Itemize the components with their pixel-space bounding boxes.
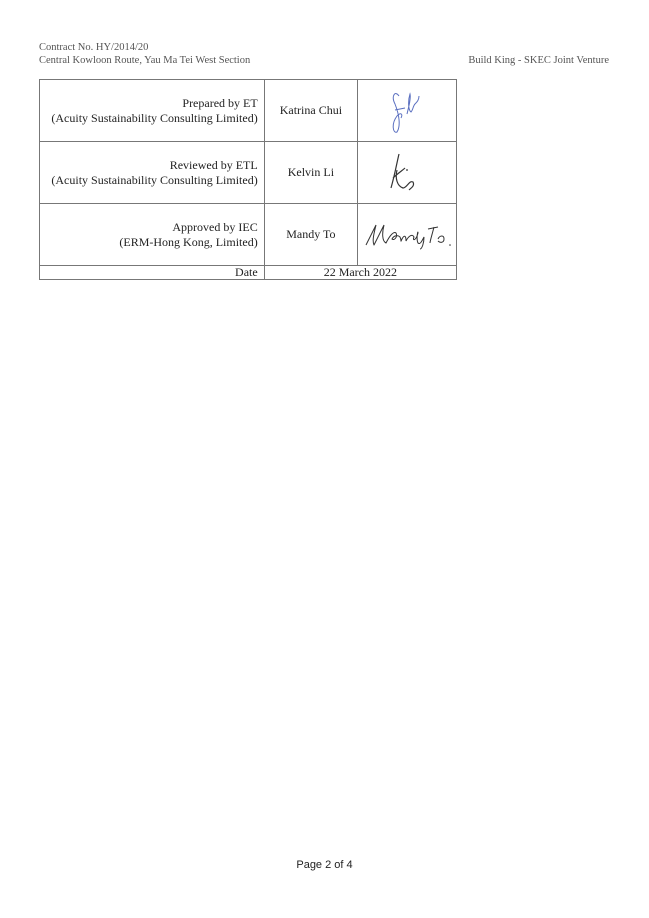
project-name: Central Kowloon Route, Yau Ma Tei West S… [39, 54, 250, 67]
role-organization: (ERM-Hong Kong, Limited) [40, 235, 258, 250]
table-row: Reviewed by ETL (Acuity Sustainability C… [40, 142, 457, 204]
signature-cell [358, 142, 457, 204]
date-value: 22 March 2022 [264, 266, 456, 280]
signature-icon [377, 86, 437, 136]
name-cell: Kelvin Li [264, 142, 357, 204]
signature-cell [358, 80, 457, 142]
signature-icon [360, 215, 454, 255]
date-label: Date [40, 266, 265, 280]
date-row: Date 22 March 2022 [40, 266, 457, 280]
name-cell: Katrina Chui [264, 80, 357, 142]
role-cell: Reviewed by ETL (Acuity Sustainability C… [40, 142, 265, 204]
header-left: Contract No. HY/2014/20 Central Kowloon … [39, 41, 250, 67]
role-cell: Prepared by ET (Acuity Sustainability Co… [40, 80, 265, 142]
table-row: Prepared by ET (Acuity Sustainability Co… [40, 80, 457, 142]
role-title: Approved by IEC [40, 220, 258, 235]
table-row: Approved by IEC (ERM-Hong Kong, Limited)… [40, 204, 457, 266]
role-title: Prepared by ET [40, 96, 258, 111]
signature-icon [377, 148, 437, 198]
page-number: Page 2 of 4 [0, 859, 649, 871]
role-title: Reviewed by ETL [40, 158, 258, 173]
contract-number: Contract No. HY/2014/20 [39, 41, 250, 54]
role-cell: Approved by IEC (ERM-Hong Kong, Limited) [40, 204, 265, 266]
header-right: Build King - SKEC Joint Venture [468, 54, 609, 67]
name-cell: Mandy To [264, 204, 357, 266]
role-organization: (Acuity Sustainability Consulting Limite… [40, 173, 258, 188]
role-organization: (Acuity Sustainability Consulting Limite… [40, 111, 258, 126]
signature-cell [358, 204, 457, 266]
signoff-table: Prepared by ET (Acuity Sustainability Co… [39, 79, 457, 280]
